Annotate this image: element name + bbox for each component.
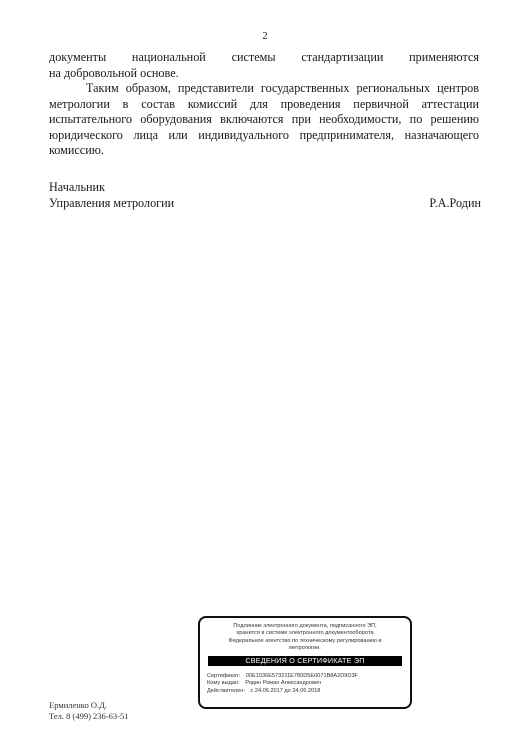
executor-phone: Тел. 8 (499) 236-63-51 — [49, 711, 128, 722]
stamp-intro-line: метрологии. — [200, 645, 410, 652]
paragraph-1-line-1: документы национальной системы стандарти… — [49, 50, 479, 66]
stamp-intro-line: хранится в системе электронного документ… — [200, 630, 410, 637]
paragraph-1-line-2: на добровольной основе. — [49, 66, 479, 82]
paragraph-2-line-5: комиссию. — [49, 143, 479, 159]
document-page: 2 документы национальной системы стандар… — [0, 0, 530, 750]
word: национальной — [132, 50, 206, 66]
paragraph-2-line-4: юридического лица или индивидуального пр… — [49, 128, 479, 144]
word: документы — [49, 50, 106, 66]
certificate-label: Сертификат: — [207, 673, 240, 679]
paragraph-1: документы национальной системы стандарти… — [49, 50, 479, 81]
certificate-row: Сертификат: 00E1036E573211E780D5E0071B8A… — [207, 673, 358, 680]
paragraph-2-line-3: испытательного оборудования включаются п… — [49, 112, 479, 128]
stamp-intro-line: Федеральное агентство по техническому ре… — [200, 638, 410, 645]
signatory-title-line-2: Управления метрологии — [49, 196, 481, 212]
paragraph-2-line-2: метрологии в состав комиссий для проведе… — [49, 97, 479, 113]
executor-footer: Ермиленко О.Д. Тел. 8 (499) 236-63-51 — [49, 700, 128, 722]
issued-to-value: Родин Роман Александрович — [245, 680, 321, 686]
word: стандартизации — [301, 50, 383, 66]
signatory-name: Р.А.Родин — [429, 196, 481, 212]
word: применяются — [409, 50, 479, 66]
stamp-intro: Подлинник электронного документа, подпис… — [200, 623, 410, 652]
signatory-title-line-1: Начальник — [49, 180, 481, 196]
issued-to-row: Кому выдан: Родин Роман Александрович — [207, 680, 358, 687]
validity-value: с 24.06.2017 до 24.06.2018 — [250, 688, 320, 694]
stamp-intro-line: Подлинник электронного документа, подпис… — [200, 623, 410, 630]
validity-label: Действителен: — [207, 688, 245, 694]
e-signature-stamp: Подлинник электронного документа, подпис… — [198, 616, 412, 709]
executor-name: Ермиленко О.Д. — [49, 700, 128, 711]
validity-row: Действителен: с 24.06.2017 до 24.06.2018 — [207, 688, 358, 695]
stamp-banner: СВЕДЕНИЯ О СЕРТИФИКАТЕ ЭП — [208, 656, 402, 666]
stamp-details: Сертификат: 00E1036E573211E780D5E0071B8A… — [207, 673, 358, 695]
certificate-value: 00E1036E573211E780D5E0071B8A2D9D3F — [246, 673, 358, 679]
issued-to-label: Кому выдан: — [207, 680, 240, 686]
page-number: 2 — [0, 31, 530, 42]
word: системы — [232, 50, 276, 66]
signature-block: Начальник Управления метрологии Р.А.Роди… — [49, 180, 481, 211]
paragraph-2-line-1: Таким образом, представители государстве… — [49, 81, 479, 97]
paragraph-2: Таким образом, представители государстве… — [49, 81, 479, 159]
